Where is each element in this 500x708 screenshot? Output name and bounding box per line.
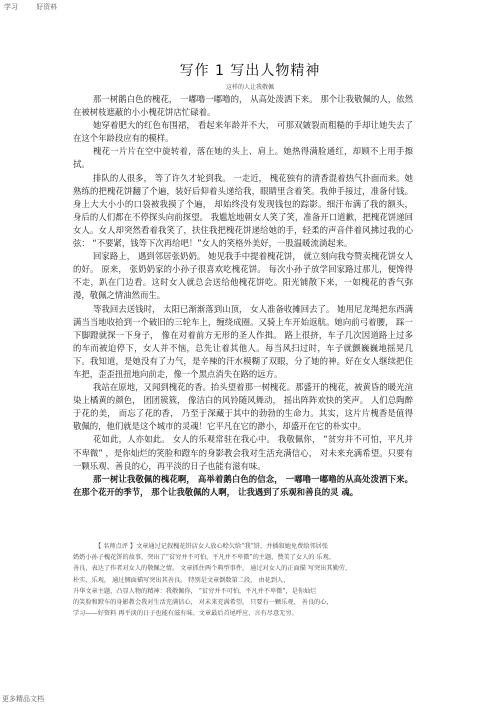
paragraph: 花如此，人亦如此。 女人的乐观常驻在我心中。 我敬佩你， “贫穷并不可怕，平凡并…	[73, 433, 413, 472]
comment-label: 【 名师点评 】	[95, 543, 136, 550]
paragraph: 我站在原地，又闻到槐花的香。抬头望着那一树槐花。那盛开的槐花，被黄昏的暖光渲染上…	[73, 381, 413, 433]
page-title: 写作 1 写出人物精神	[0, 60, 500, 80]
essay-subtitle: 这样的人让我敬佩	[0, 82, 500, 91]
comment-line: 升华文章主题，凸显人物的精神：我敬佩你， “贫穷并不可怕，平凡并不卑微”，是你灿…	[73, 586, 423, 597]
page-footer: 更多精品文档	[2, 694, 44, 704]
comment-line: 奶奶小孙子槐花饼的故事，突出了“贫穷并不可怕，平凡并不卑微”的主题，赞美了女人的…	[73, 552, 423, 563]
comment-line: 善良，表达了作者对女人的敬佩之情。 文章抓住两个典型事件， 通过对女人的正面描 …	[73, 563, 423, 574]
header-left: 学习	[4, 3, 18, 11]
teacher-comment: 【 名师点评 】文章通过记叙槐花饼店女人放心赊欠给“我”饼，并插叙她免费给邻居张…	[73, 541, 423, 619]
paragraph: 排队的人很多， 等了许久才轮到我。 一走近， 槐花独有的清香混着热气扑面而来。她…	[73, 172, 413, 251]
comment-line: 的笑脸和蹬车的身影教会我对生活充满信心， 对未来充满希望。 只要有一颗乐观、 善…	[73, 597, 423, 608]
paragraph: 回家路上， 遇到邻居张奶奶。 她见我手中提着槐花饼， 就立刻向我夸赞卖槐花饼女人…	[73, 250, 413, 302]
paragraph-closing: 那一树让我敬佩的槐花啊， 高举着鹅白色的信念， 一嘟噜一嘟噜的从高处泼洒下来。在…	[73, 473, 413, 499]
paragraph: 等我回去送钱时， 太阳已渐渐落到山顶， 女人准备收摊回去了。 她用尼龙绳把东西满…	[73, 303, 413, 382]
paragraph: 那一树鹅白色的槐花， 一嘟噜一嘟噜的， 从高处泼洒下来。 那个让我敬佩的人，依然…	[73, 93, 413, 119]
header-right: 好资料	[36, 3, 57, 11]
essay-body: 那一树鹅白色的槐花， 一嘟噜一嘟噜的， 从高处泼洒下来。 那个让我敬佩的人，依然…	[73, 93, 413, 499]
comment-line: 学习——好资料 再平淡的日子也能有滋有味。文章最后首尾呼应，言有尽意无穷。	[73, 608, 423, 619]
page-header: 学习 好资料	[4, 2, 73, 12]
paragraph: 槐花一片片在空中旋转着，落在她的头上、肩上。她热得满脸通红，却顾不上用手擦拭。	[73, 145, 413, 171]
comment-line: 文章通过记叙槐花饼店女人放心赊欠给“我”饼，并插叙她免费给邻居张	[136, 543, 328, 550]
comment-line: 朴实、乐观， 通过侧面描写突出其善良。 特别是文章倒数第二段， 由花到人，	[73, 575, 423, 586]
paragraph: 她穿着肥大的红色布围裙， 看起来年龄并不大， 可那双皴裂而粗糙的手却让她失去了在…	[73, 119, 413, 145]
